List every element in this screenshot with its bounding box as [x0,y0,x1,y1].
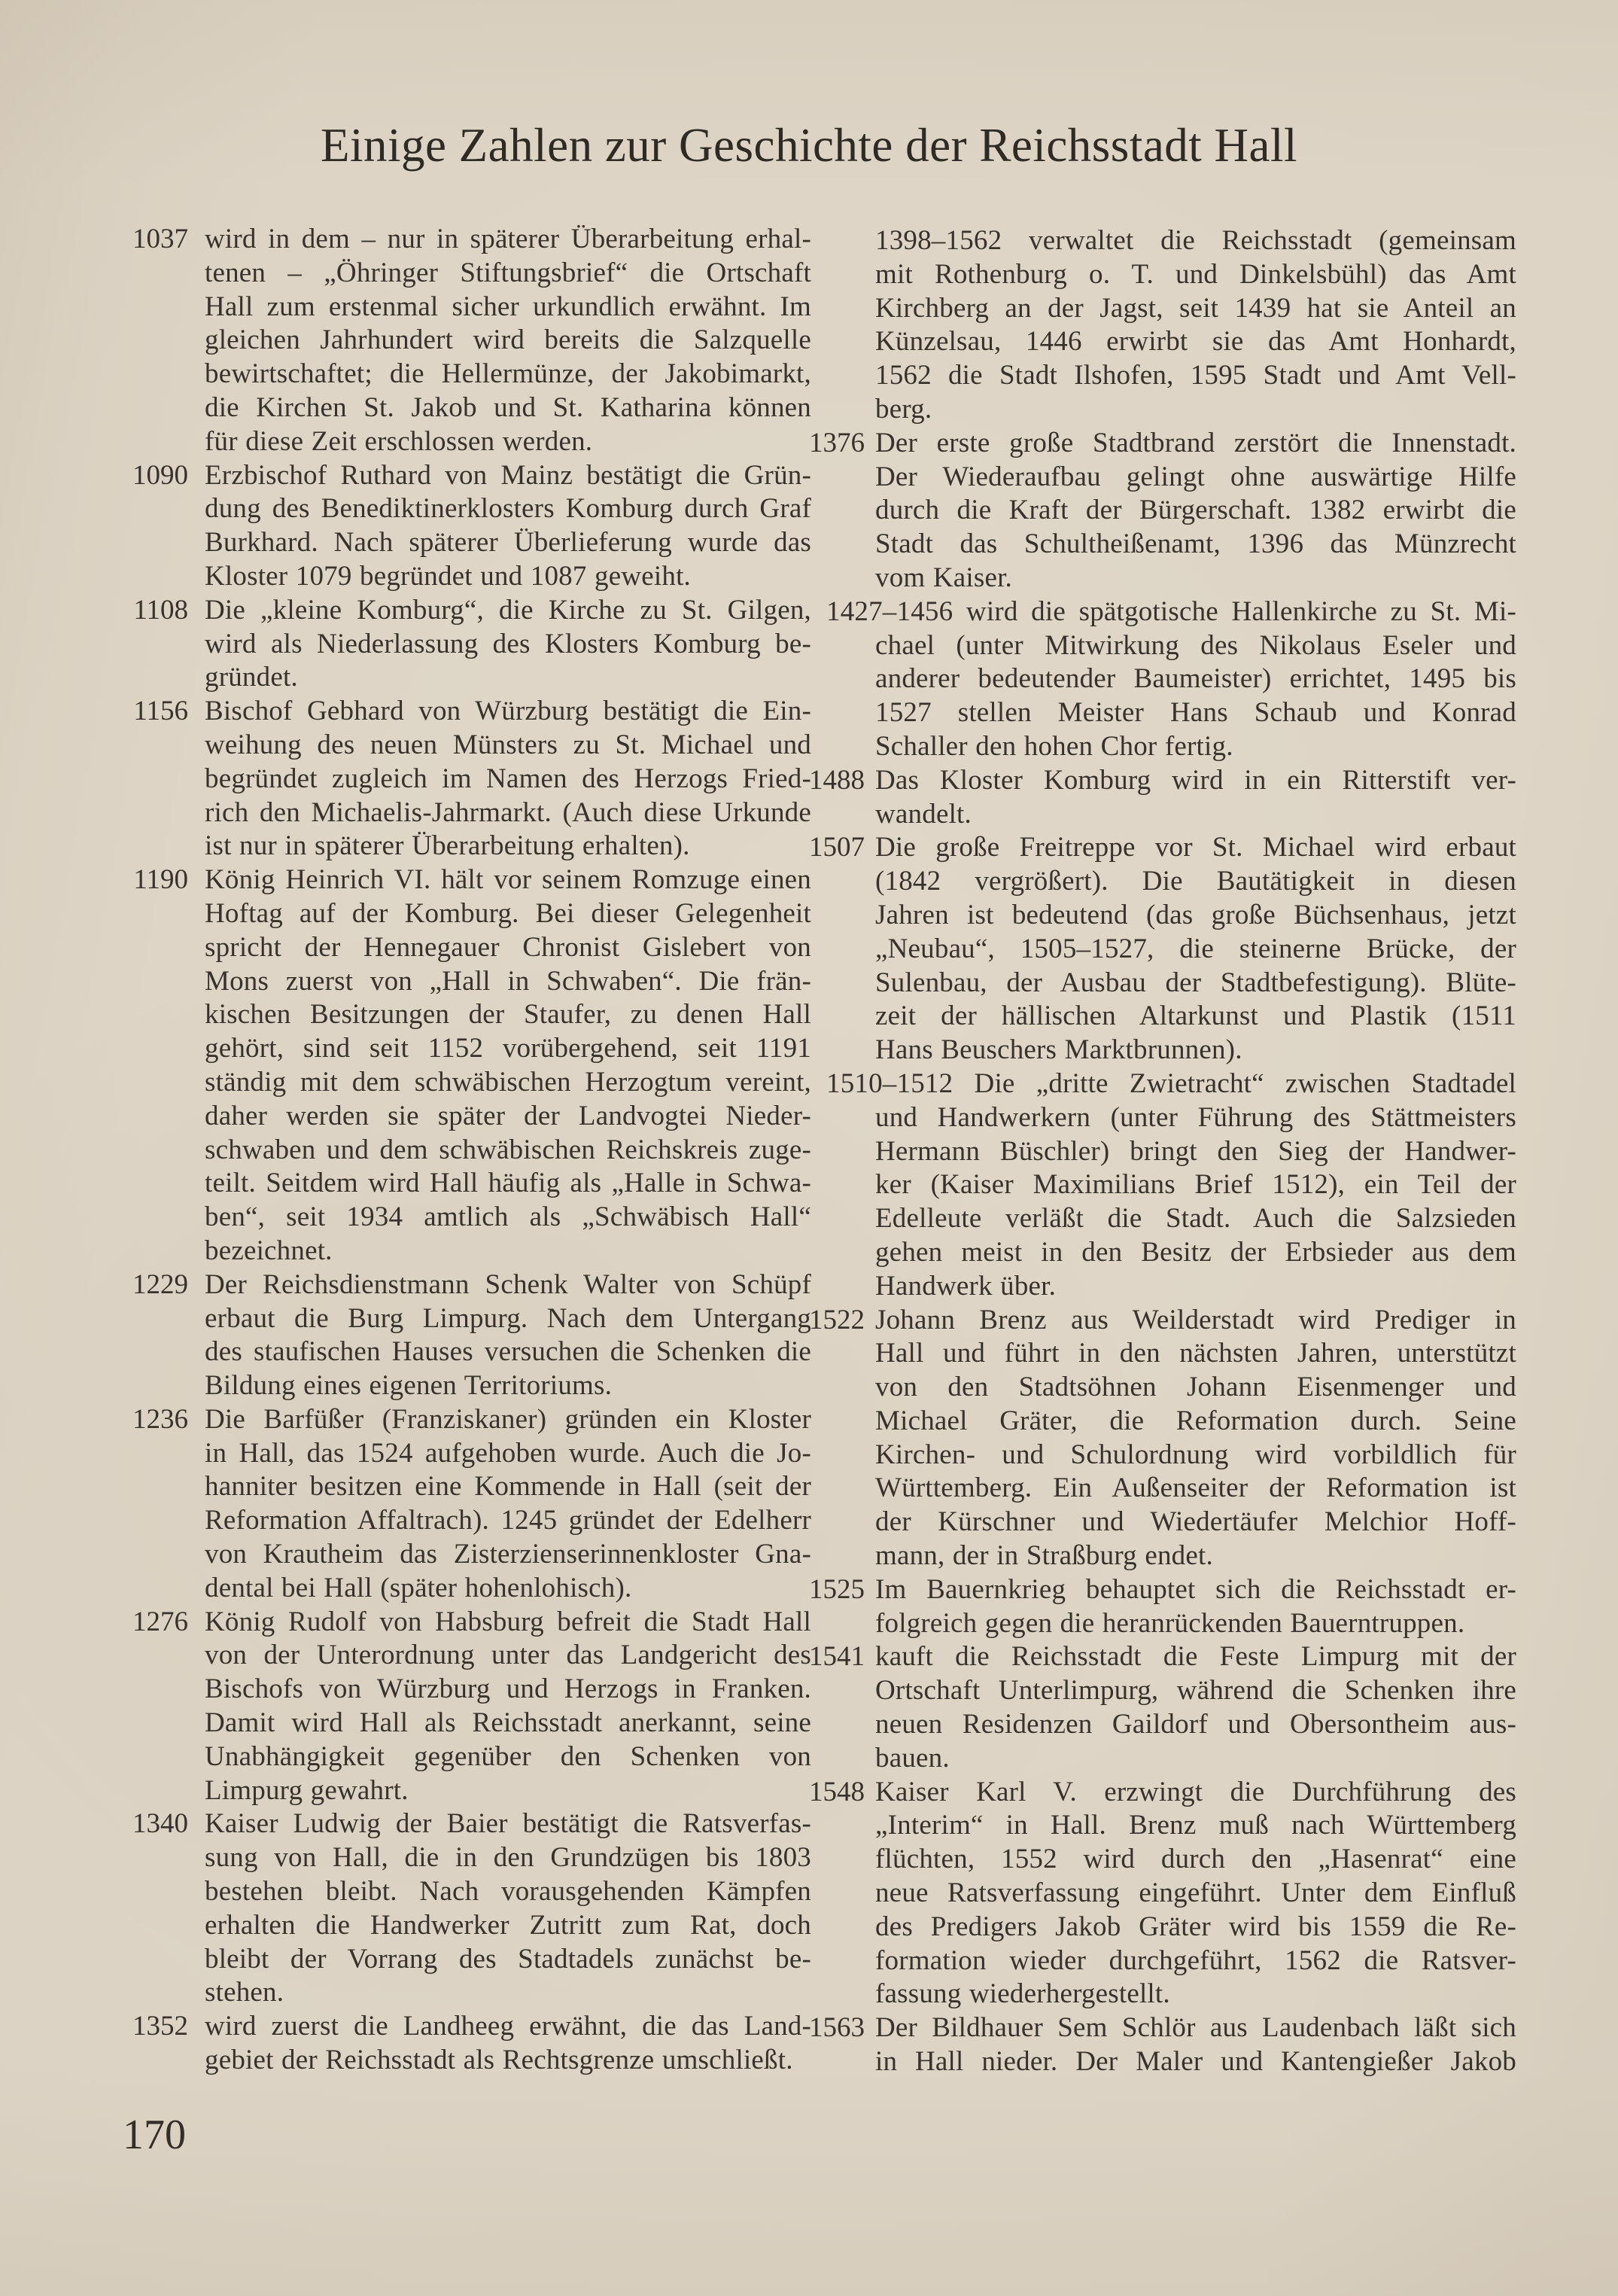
text-line: und Handwerkern (unter Führung des Stätt… [875,1101,1516,1135]
text-line: wird in dem – nur in späterer Überarbeit… [205,223,811,257]
text-line: folgreich gegen die heranrückenden Bauer… [875,1607,1516,1641]
chronicle-entry: 1352wird zuerst die Landheeg erwähnt, di… [124,2010,811,2078]
text-line: formation wieder durchgeführt, 1562 die … [875,1944,1516,1978]
text-line: 1427–1456 wird die spätgotische Hallenki… [875,595,1516,629]
text-line: gehört, sind seit 1152 vorübergehend, se… [205,1032,811,1066]
entry-text: Der Bildhauer Sem Schlör aus Laudenbach … [875,2011,1516,2079]
text-line: Hans Beuschers Marktbrunnen). [875,1034,1516,1067]
entry-text: 1398–1562 verwaltet die Reichsstadt (gem… [875,224,1516,427]
text-line: Limpurg gewahrt. [205,1774,811,1808]
chronicle-entry: 1190König Heinrich VI. hält vor seinem R… [124,863,811,1268]
text-line: wird als Niederlassung des Klosters Komb… [205,628,811,662]
text-line: Jahren ist bedeutend (das große Büchsenh… [875,899,1516,933]
text-line: Die „kleine Komburg“, die Kirche zu St. … [205,594,811,628]
text-line: fassung wiederhergestellt. [875,1978,1516,2011]
text-line: bewirtschaftet; die Hellermünze, der Jak… [205,358,811,391]
text-line: rich den Michaelis-Jahrmarkt. (Auch dies… [205,796,811,830]
text-line: wandelt. [875,798,1516,832]
text-line: Der erste große Stadtbrand zerstört die … [875,427,1516,461]
text-line: dental bei Hall (später hohenlohisch). [205,1572,811,1606]
entry-year: 1090 [124,459,205,493]
text-line: Handwerk über. [875,1270,1516,1304]
text-line: Hermann Büschler) bringt den Sieg der Ha… [875,1135,1516,1169]
text-line: Unabhängigkeit gegenüber den Schenken vo… [205,1740,811,1774]
entry-year: 1525 [795,1573,875,1607]
chronicle-entry: 1507Die große Freitreppe vor St. Michael… [795,831,1516,1067]
text-line: erbaut die Burg Limpurg. Nach dem Unterg… [205,1302,811,1336]
text-line: Die große Freitreppe vor St. Michael wir… [875,831,1516,865]
entry-year: 1108 [124,594,205,628]
text-line: 1527 stellen Meister Hans Schaub und Kon… [875,696,1516,730]
text-line: „Neubau“, 1505–1527, die steinerne Brück… [875,933,1516,967]
text-line: die Kirchen St. Jakob und St. Katharina … [205,391,811,425]
text-line: Ortschaft Unterlimpurg, während die Sche… [875,1674,1516,1708]
text-line: tenen – „Öhringer Stiftungsbrief“ die Or… [205,257,811,291]
text-line: schwaben und dem schwäbischen Reichskrei… [205,1134,811,1168]
text-line: „Interim“ in Hall. Brenz muß nach Württe… [875,1809,1516,1843]
text-line: berg. [875,393,1516,427]
entry-text: Kaiser Karl V. erzwingt die Durchführung… [875,1776,1516,2012]
entry-year: 1376 [795,427,875,461]
text-line: flüchten, 1552 wird durch den „Hasenrat“… [875,1843,1516,1877]
entry-text: Die „kleine Komburg“, die Kirche zu St. … [205,594,811,695]
text-line: bestehen bleibt. Nach vorausgehenden Käm… [205,1875,811,1909]
chronicle-entry: 1276König Rudolf von Habsburg befreit di… [124,1606,811,1808]
entry-text: Kaiser Ludwig der Baier bestätigt die Ra… [205,1807,811,2010]
text-line: sung von Hall, die in den Grundzügen bis… [205,1841,811,1875]
text-line: Württemberg. Ein Außenseiter der Reforma… [875,1472,1516,1506]
entry-text: Die große Freitreppe vor St. Michael wir… [875,831,1516,1067]
entry-year: 1037 [124,223,205,257]
entry-text: wird in dem – nur in späterer Überarbeit… [205,223,811,459]
text-line: Der Wiederaufbau gelingt ohne auswärtige… [875,461,1516,495]
entry-text: Der erste große Stadtbrand zerstört die … [875,427,1516,595]
chronicle-entry: 1156Bischof Gebhard von Würzburg bestäti… [124,695,811,863]
entry-year: 1541 [795,1640,875,1674]
text-line: (1842 vergrößert). Die Bautätigkeit in d… [875,865,1516,899]
text-line: begründet zugleich im Namen des Herzogs … [205,763,811,796]
text-line: gründet. [205,661,811,695]
text-line: Bildung eines eigenen Territoriums. [205,1369,811,1403]
text-line: Sulenbau, der Ausbau der Stadtbefestigun… [875,967,1516,1000]
entry-year: 1276 [124,1606,205,1640]
text-line: dung des Benediktinerklosters Komburg du… [205,492,811,526]
text-line: anderer bedeutender Baumeister) errichte… [875,662,1516,696]
text-line: Michael Gräter, die Reformation durch. S… [875,1405,1516,1439]
chronicle-entry: 1563Der Bildhauer Sem Schlör aus Laudenb… [795,2011,1516,2079]
entry-text: Bischof Gebhard von Würzburg bestätigt d… [205,695,811,863]
text-line: Edelleute verläßt die Stadt. Auch die Sa… [875,1202,1516,1236]
text-line: ist nur in späterer Überarbeitung erhalt… [205,830,811,863]
chronicle-entry: 1427–1456 wird die spätgotische Hallenki… [795,595,1516,764]
text-line: hanniter besitzen eine Kommende in Hall … [205,1470,811,1504]
text-line: Mons zuerst von „Hall in Schwaben“. Die … [205,965,811,999]
entry-text: Das Kloster Komburg wird in ein Ritterst… [875,764,1516,832]
text-line: daher werden sie später der Landvogtei N… [205,1100,811,1134]
entry-year: 1507 [795,831,875,865]
text-line: in Hall nieder. Der Maler und Kantengieß… [875,2045,1516,2079]
entry-year: 1156 [124,695,205,729]
chronicle-entry: 1541kauft die Reichsstadt die Feste Limp… [795,1640,1516,1775]
text-line: ständig mit dem schwäbischen Herzogtum v… [205,1066,811,1100]
text-line: 1510–1512 Die „dritte Zwietracht“ zwisch… [875,1067,1516,1101]
entry-year: 1488 [795,764,875,798]
entry-text: Im Bauernkrieg behauptet sich die Reichs… [875,1573,1516,1641]
text-line: Hall zum erstenmal sicher urkundlich erw… [205,291,811,324]
text-line: teilt. Seitdem wird Hall häufig als „Hal… [205,1167,811,1201]
text-line: für diese Zeit erschlossen werden. [205,425,811,459]
text-line: mann, der in Straßburg endet. [875,1539,1516,1573]
text-line: mit Rothenburg o. T. und Dinkelsbühl) da… [875,258,1516,292]
entry-year: 1548 [795,1776,875,1810]
chronicle-entry: 1037wird in dem – nur in späterer Überar… [124,223,811,459]
text-line: vom Kaiser. [875,562,1516,595]
chronicle-entry: 1522Johann Brenz aus Weilderstadt wird P… [795,1304,1516,1573]
text-line: neue Ratsverfassung eingeführt. Unter de… [875,1877,1516,1911]
text-line: des staufischen Hauses versuchen die Sch… [205,1335,811,1369]
text-line: König Heinrich VI. hält vor seinem Romzu… [205,863,811,897]
text-line: Das Kloster Komburg wird in ein Ritterst… [875,764,1516,798]
text-line: ben“, seit 1934 amtlich als „Schwäbisch … [205,1201,811,1235]
text-line: bleibt der Vorrang des Stadtadels zunäch… [205,1943,811,1977]
chronicle-entry: 1398–1562 verwaltet die Reichsstadt (gem… [795,224,1516,427]
text-line: zeit der hällischen Altarkunst und Plast… [875,1000,1516,1034]
column-left: 1037wird in dem – nur in späterer Überar… [124,223,811,2078]
text-line: Reformation Affaltrach). 1245 gründet de… [205,1504,811,1538]
text-line: Kloster 1079 begründet und 1087 geweiht. [205,560,811,594]
chronicle-entry: 1488Das Kloster Komburg wird in ein Ritt… [795,764,1516,832]
text-line: wird zuerst die Landheeg erwähnt, die da… [205,2010,811,2044]
entry-text: König Heinrich VI. hält vor seinem Romzu… [205,863,811,1268]
entry-text: wird zuerst die Landheeg erwähnt, die da… [205,2010,811,2078]
text-line: Die Barfüßer (Franziskaner) gründen ein … [205,1403,811,1437]
entry-text: 1427–1456 wird die spätgotische Hallenki… [875,595,1516,764]
chronicle-entry: 1548Kaiser Karl V. erzwingt die Durchfüh… [795,1776,1516,2012]
text-line: 1398–1562 verwaltet die Reichsstadt (gem… [875,224,1516,258]
chronicle-entry: 1108Die „kleine Komburg“, die Kirche zu … [124,594,811,695]
text-line: spricht der Hennegauer Chronist Gisleber… [205,931,811,965]
text-line: kischen Besitzungen der Staufer, zu dene… [205,998,811,1032]
text-line: bezeichnet. [205,1235,811,1268]
entry-year: 1229 [124,1268,205,1302]
entry-text: kauft die Reichsstadt die Feste Limpurg … [875,1640,1516,1775]
entry-text: Erzbischof Ruthard von Mainz bestätigt d… [205,459,811,594]
text-line: erhalten die Handwerker Zutritt zum Rat,… [205,1909,811,1943]
chronicle-entry: 1525Im Bauernkrieg behauptet sich die Re… [795,1573,1516,1641]
text-line: Hall und führt in den nächsten Jahren, u… [875,1337,1516,1371]
text-line: von Krautheim das Zisterzienserinnenklos… [205,1538,811,1572]
text-line: der Kürschner und Wiedertäufer Melchior … [875,1506,1516,1539]
chronicle-entry: 1376Der erste große Stadtbrand zerstört … [795,427,1516,595]
text-line: ker (Kaiser Maximilians Brief 1512), ein… [875,1168,1516,1202]
text-line: durch die Kraft der Bürgerschaft. 1382 e… [875,494,1516,528]
column-right: 1398–1562 verwaltet die Reichsstadt (gem… [795,224,1516,2079]
text-line: gebiet der Reichsstadt als Rechtsgrenze … [205,2044,811,2078]
text-line: Hoftag auf der Komburg. Bei dieser Geleg… [205,897,811,931]
chronicle-entry: 1340Kaiser Ludwig der Baier bestätigt di… [124,1807,811,2010]
text-line: gehen meist in den Besitz der Erbsieder … [875,1236,1516,1270]
text-line: von der Unterordnung unter das Landgeric… [205,1639,811,1673]
text-line: Kaiser Ludwig der Baier bestätigt die Ra… [205,1807,811,1841]
text-line: Erzbischof Ruthard von Mainz bestätigt d… [205,459,811,493]
entry-year: 1522 [795,1304,875,1338]
text-line: Kirchberg an der Jagst, seit 1439 hat si… [875,292,1516,326]
text-line: Der Bildhauer Sem Schlör aus Laudenbach … [875,2011,1516,2045]
text-line: 1562 die Stadt Ilshofen, 1595 Stadt und … [875,359,1516,393]
text-line: Damit wird Hall als Reichsstadt anerkann… [205,1707,811,1740]
text-line: Der Reichsdienstmann Schenk Walter von S… [205,1268,811,1302]
text-line: Bischofs von Würzburg und Herzogs in Fra… [205,1673,811,1707]
text-line: Schaller den hohen Chor fertig. [875,730,1516,764]
entry-year: 1352 [124,2010,205,2044]
page-title: Einige Zahlen zur Geschichte der Reichss… [0,117,1618,175]
entry-text: König Rudolf von Habsburg befreit die St… [205,1606,811,1808]
chronicle-entry: 1090Erzbischof Ruthard von Mainz bestäti… [124,459,811,594]
text-line: Im Bauernkrieg behauptet sich die Reichs… [875,1573,1516,1607]
text-line: bauen. [875,1742,1516,1776]
page-number: 170 [123,2114,186,2156]
text-line: stehen. [205,1976,811,2010]
text-line: kauft die Reichsstadt die Feste Limpurg … [875,1640,1516,1674]
book-page: Einige Zahlen zur Geschichte der Reichss… [0,0,1618,2296]
text-line: Künzelsau, 1446 erwirbt sie das Amt Honh… [875,325,1516,359]
text-line: von den Stadtsöhnen Johann Eisenmenger u… [875,1371,1516,1405]
text-line: Bischof Gebhard von Würzburg bestätigt d… [205,695,811,729]
chronicle-entry: 1236Die Barfüßer (Franziskaner) gründen … [124,1403,811,1606]
text-line: Kirchen- und Schulordnung wird vorbildli… [875,1439,1516,1472]
text-line: König Rudolf von Habsburg befreit die St… [205,1606,811,1640]
entry-year: 1236 [124,1403,205,1437]
text-line: in Hall, das 1524 aufgehoben wurde. Auch… [205,1437,811,1471]
text-line: neuen Residenzen Gaildorf und Obersonthe… [875,1708,1516,1742]
entry-text: Die Barfüßer (Franziskaner) gründen ein … [205,1403,811,1606]
text-line: gleichen Jahrhundert wird bereits die Sa… [205,324,811,358]
text-line: Burkhard. Nach späterer Überlieferung wu… [205,526,811,560]
text-line: Stadt das Schultheißenamt, 1396 das Münz… [875,528,1516,562]
entry-text: 1510–1512 Die „dritte Zwietracht“ zwisch… [875,1067,1516,1304]
chronicle-entry: 1510–1512 Die „dritte Zwietracht“ zwisch… [795,1067,1516,1304]
text-line: chael (unter Mitwirkung des Nikolaus Ese… [875,629,1516,663]
entry-year: 1340 [124,1807,205,1841]
text-line: des Predigers Jakob Gräter wird bis 1559… [875,1911,1516,1944]
text-line: Johann Brenz aus Weilderstadt wird Predi… [875,1304,1516,1338]
entry-year: 1190 [124,863,205,897]
entry-year: 1563 [795,2011,875,2045]
text-line: Kaiser Karl V. erzwingt die Durchführung… [875,1776,1516,1810]
entry-text: Johann Brenz aus Weilderstadt wird Predi… [875,1304,1516,1573]
entry-text: Der Reichsdienstmann Schenk Walter von S… [205,1268,811,1403]
text-line: weihung des neuen Münsters zu St. Michae… [205,729,811,763]
chronicle-entry: 1229Der Reichsdienstmann Schenk Walter v… [124,1268,811,1403]
